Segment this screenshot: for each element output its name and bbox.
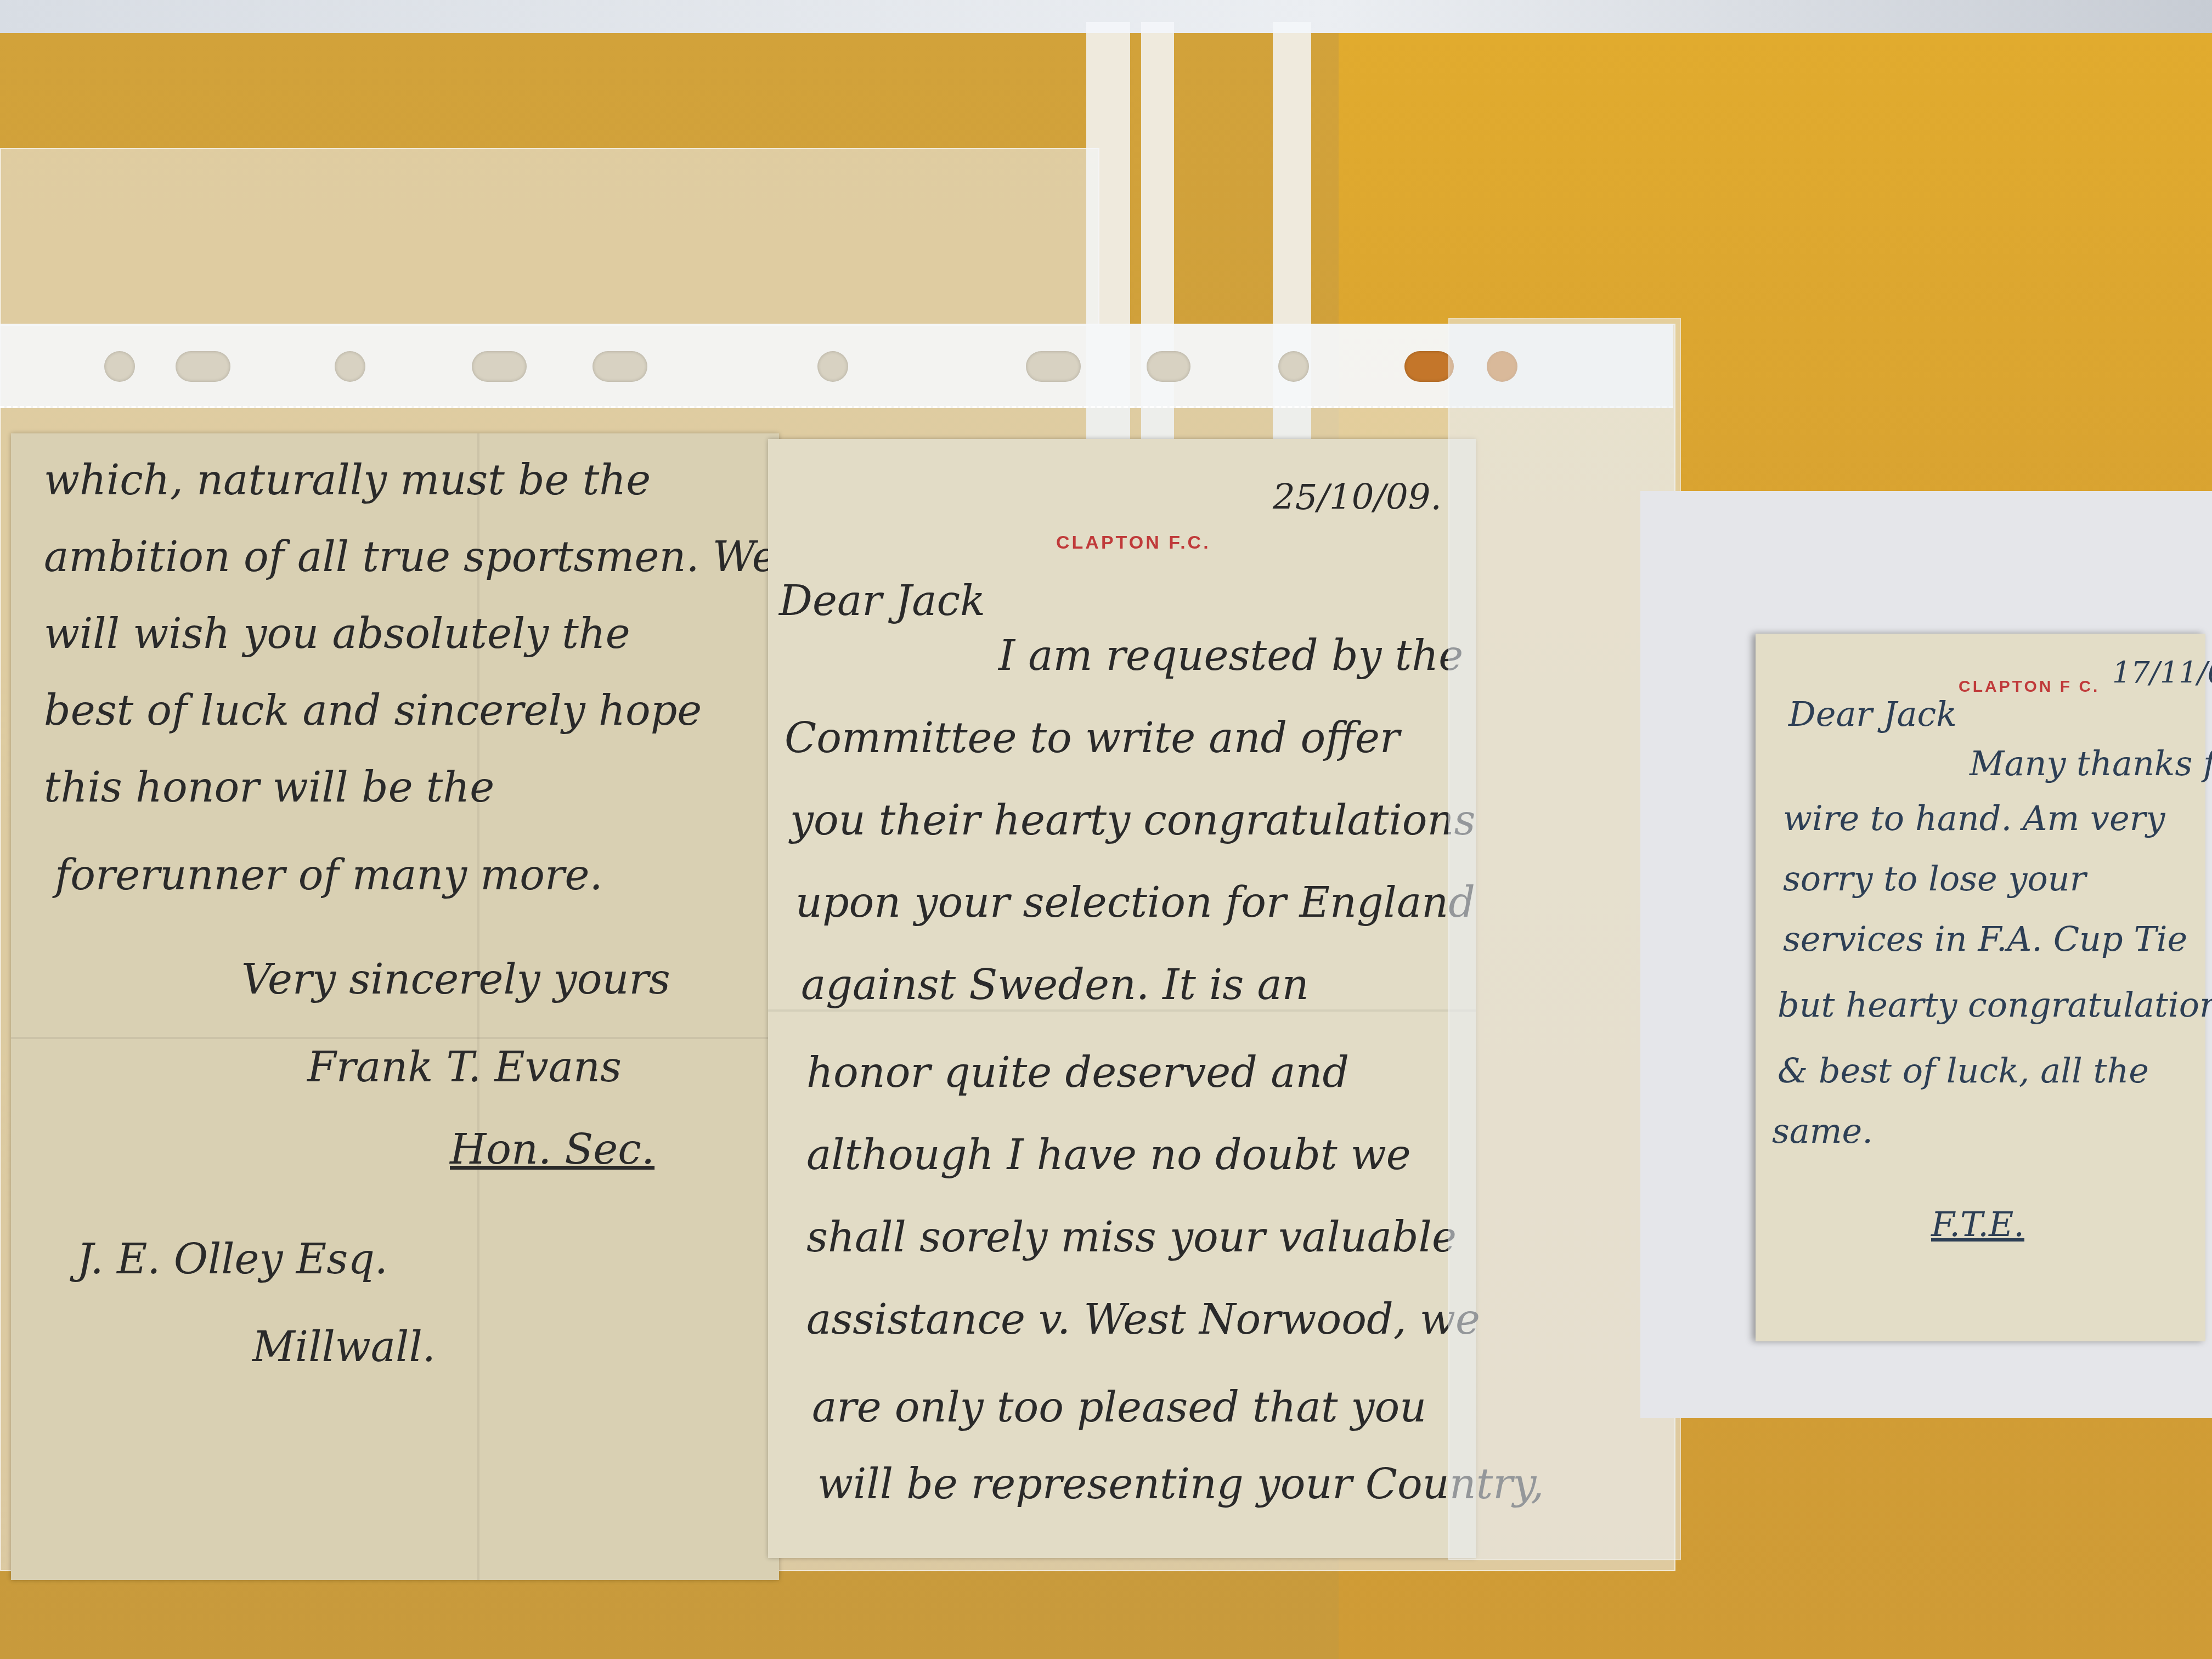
letter-salutation: Dear Jack — [779, 576, 985, 625]
card-line: sorry to lose your — [1783, 859, 2086, 899]
letter-signature: Frank T. Evans — [307, 1042, 622, 1091]
letter-line: I am requested by the — [998, 631, 1463, 680]
letter-line: will wish you absolutely the — [44, 609, 630, 658]
letter-line: honor quite deserved and — [806, 1048, 1349, 1097]
letter-line: are only too pleased that you — [812, 1383, 1426, 1431]
letter-line: this honor will be the — [44, 763, 494, 811]
punch-hole — [817, 351, 848, 382]
punch-hole — [592, 351, 647, 382]
punch-hole — [1404, 351, 1454, 382]
punch-hole — [1147, 351, 1190, 382]
card-line: same. — [1772, 1111, 1873, 1151]
letter-line: shall sorely miss your valuable — [806, 1212, 1457, 1261]
plastic-sleeve-back — [0, 148, 1099, 326]
punch-hole — [1278, 351, 1309, 382]
letter-closing: Very sincerely yours — [241, 955, 670, 1003]
card-date: 17/11/09. — [2112, 656, 2212, 690]
letter-line: forerunner of many more. — [55, 850, 603, 899]
letter-line: assistance v. West Norwood, we — [806, 1295, 1480, 1344]
card-signature: F.T.E. — [1931, 1204, 2024, 1244]
letter-date: 25/10/09. — [1273, 477, 1442, 518]
letter-line: although I have no doubt we — [806, 1130, 1411, 1179]
punch-hole — [335, 351, 365, 382]
letter-line: best of luck and sincerely hope — [44, 686, 702, 735]
punch-hole — [472, 351, 527, 382]
letterhead: CLAPTON F.C. — [1056, 532, 1211, 554]
letter-line: Committee to write and offer — [785, 713, 1400, 762]
postcard: CLAPTON F C. 17/11/09. Dear Jack Many th… — [1756, 634, 2205, 1341]
punch-hole — [1026, 351, 1081, 382]
addressee-place: Millwall. — [252, 1322, 436, 1371]
card-line: wire to hand. Am very — [1783, 798, 2165, 838]
card-line: but hearty congratulations — [1778, 985, 2212, 1025]
letter-line: you their hearty congratulations — [790, 795, 1475, 844]
letter-line: against Sweden. It is an — [801, 960, 1309, 1009]
card-salutation: Dear Jack — [1788, 694, 1957, 734]
card-line: Many thanks fo — [1970, 743, 2212, 783]
letter-page-continued: which, naturally must be the ambition of… — [11, 433, 779, 1580]
letter-line: will be representing your Country, — [817, 1459, 1544, 1508]
card-letterhead: CLAPTON F C. — [1959, 678, 2100, 696]
letter-line: ambition of all true sportsmen. We — [44, 532, 777, 581]
letter-page-main: CLAPTON F.C. 25/10/09. Dear Jack I am re… — [768, 439, 1476, 1558]
signatory-title: Hon. Sec. — [450, 1125, 654, 1173]
punch-hole — [176, 351, 230, 382]
letter-line: which, naturally must be the — [44, 455, 651, 504]
letter-line: upon your selection for England — [795, 878, 1475, 927]
addressee-name: J. E. Olley Esq. — [77, 1234, 388, 1283]
punch-hole — [104, 351, 135, 382]
card-line: services in F.A. Cup Tie — [1783, 919, 2187, 959]
card-line: & best of luck, all the — [1778, 1051, 2149, 1091]
